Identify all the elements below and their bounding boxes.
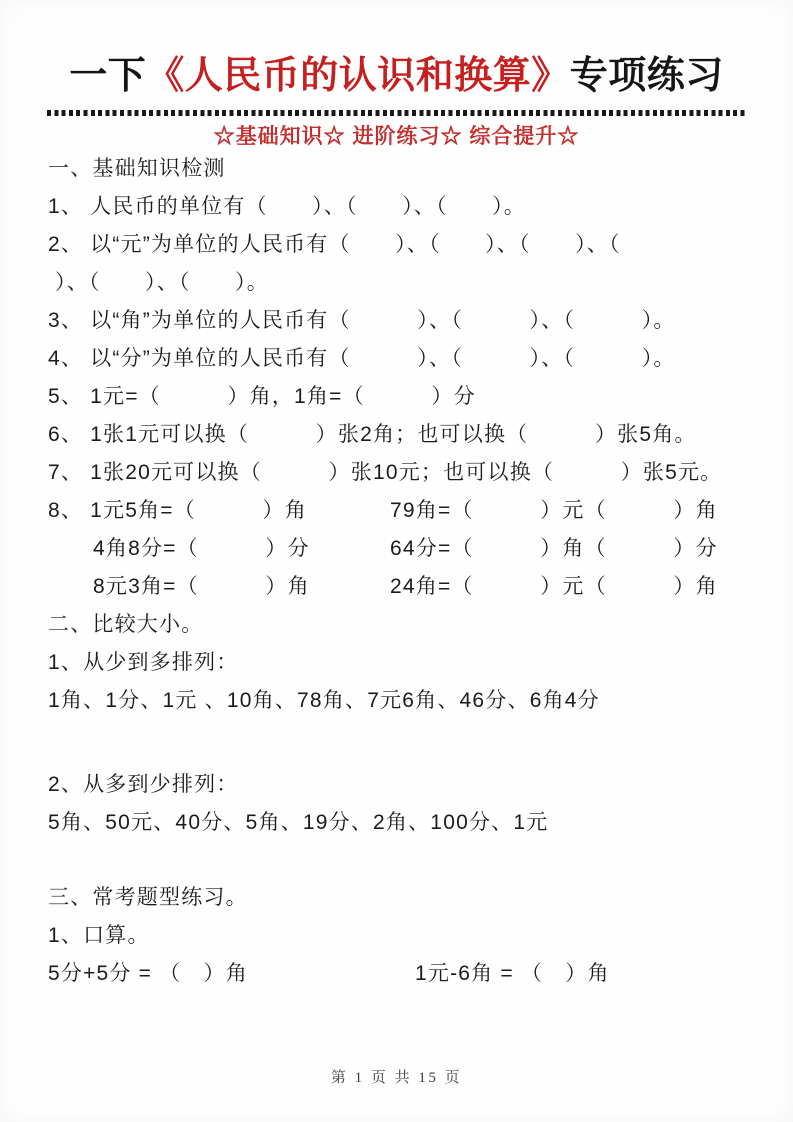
section-1-question-8-row-3: 8元3角=（ ）角 24角=（ ）元（ ）角 (48, 566, 753, 604)
section-1-heading: 一、基础知识检测 (48, 148, 753, 186)
page-number: 第 1 页 共 15 页 (0, 1066, 793, 1087)
q8-row3-left: 8元3角=（ ）角 (48, 570, 390, 600)
blank-line (48, 840, 753, 877)
worksheet-body: 一、基础知识检测 1、 人民币的单位有（ ）、（ ）、（ ）。 2、 以“元”为… (48, 148, 753, 991)
oral-calc-left: 5分+5分 = （ ）角 (48, 957, 415, 987)
q8-row1-left: 8、 1元5角=（ ）角 (48, 494, 390, 524)
section-2-question-2-sequence: 5角、50元、40分、5角、19分、2角、100分、1元 (48, 802, 753, 840)
section-3-question-1-problems: 5分+5分 = （ ）角 1元-6角 = （ ）角 (48, 953, 753, 991)
q8-row2-left: 4角8分=（ ）分 (48, 532, 390, 562)
dotted-divider (47, 110, 746, 116)
title-highlight: 《人民币的认识和换算》 (146, 55, 570, 97)
worksheet-subtitle: ☆基础知识☆ 进阶练习☆ 综合提升☆ (0, 120, 793, 150)
section-1-question-4: 4、 以“分”为单位的人民币有（ ）、（ ）、（ ）。 (48, 338, 753, 376)
section-1-question-8-row-2: 4角8分=（ ）分 64分=（ ）角（ ）分 (48, 528, 753, 566)
q8-row3-right: 24角=（ ）元（ ）角 (390, 570, 718, 600)
section-1-question-2: 2、 以“元”为单位的人民币有（ ）、（ ）、（ ）、（ (48, 224, 753, 262)
section-3-heading: 三、常考题型练习。 (48, 877, 753, 915)
section-1-question-6: 6、 1张1元可以换（ ）张2角；也可以换（ ）张5角。 (48, 414, 753, 452)
q8-row2-right: 64分=（ ）角（ ）分 (390, 532, 718, 562)
oral-calc-right: 1元-6角 = （ ）角 (415, 957, 610, 987)
worksheet-page: 一下《人民币的认识和换算》专项练习 ☆基础知识☆ 进阶练习☆ 综合提升☆ 一、基… (0, 0, 793, 1122)
blank-line (48, 718, 753, 764)
title-prefix: 一下 (69, 55, 146, 97)
section-2-heading: 二、比较大小。 (48, 604, 753, 642)
worksheet-title: 一下《人民币的认识和换算》专项练习 (0, 0, 793, 99)
section-1-question-7: 7、 1张20元可以换（ ）张10元；也可以换（ ）张5元。 (48, 452, 753, 490)
section-1-question-3: 3、 以“角”为单位的人民币有（ ）、（ ）、（ ）。 (48, 300, 753, 338)
section-1-question-1: 1、 人民币的单位有（ ）、（ ）、（ ）。 (48, 186, 753, 224)
section-2-question-1-sequence: 1角、1分、1元 、10角、78角、7元6角、46分、6角4分 (48, 680, 753, 718)
q8-row1-right: 79角=（ ）元（ ）角 (390, 494, 718, 524)
section-1-question-5: 5、 1元=（ ）角，1角=（ ）分 (48, 376, 753, 414)
section-1-question-8-row-1: 8、 1元5角=（ ）角 79角=（ ）元（ ）角 (48, 490, 753, 528)
title-suffix: 专项练习 (570, 55, 724, 97)
section-2-question-1: 1、从少到多排列： (48, 642, 753, 680)
section-2-question-2: 2、从多到少排列： (48, 764, 753, 802)
section-3-question-1: 1、口算。 (48, 915, 753, 953)
section-1-question-2-continued: ）、（ ）、（ ）。 (48, 262, 753, 300)
